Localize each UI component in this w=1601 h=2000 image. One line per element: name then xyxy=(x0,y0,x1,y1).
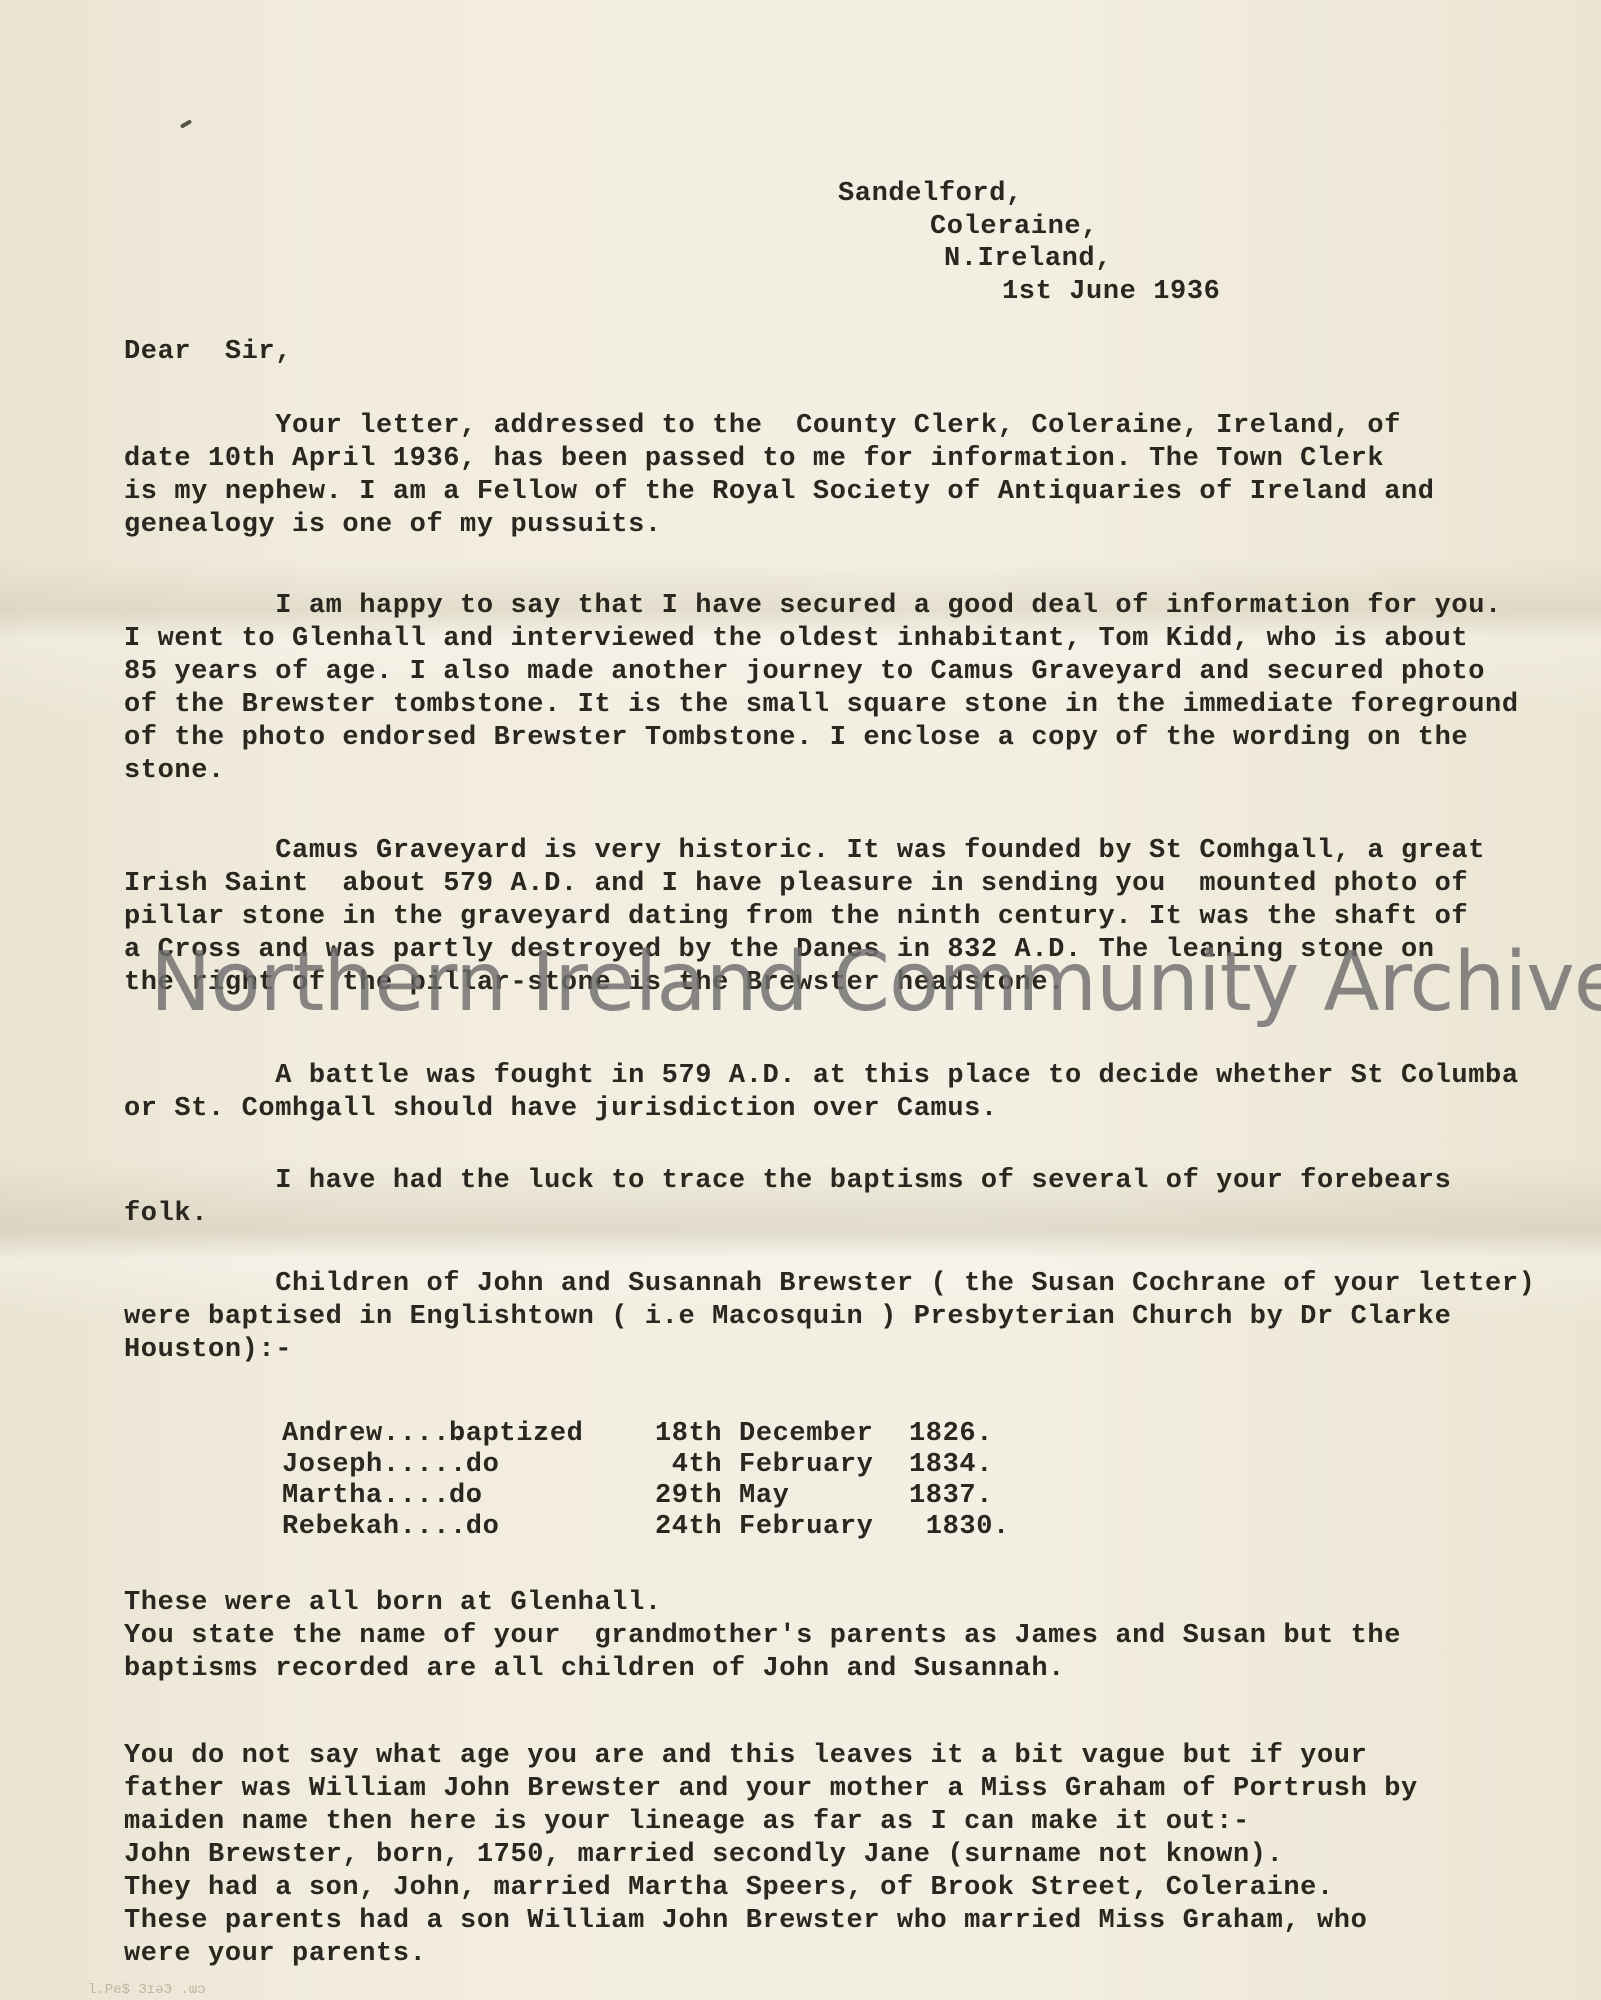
baptism-event: do xyxy=(449,1449,499,1482)
baptism-event: baptized xyxy=(449,1418,583,1451)
watermark: Northern Ireland Community Archive xyxy=(150,935,1601,1030)
address-line-3: N.Ireland, xyxy=(944,243,1112,276)
p8-line: You do not say what age you are and this… xyxy=(124,1740,1367,1773)
baptism-name: Rebekah.... xyxy=(282,1511,467,1544)
p4-line: or St. Comhgall should have jurisdiction… xyxy=(124,1093,998,1126)
p3-line: Camus Graveyard is very historic. It was… xyxy=(124,835,1485,868)
baptism-name: Andrew..... xyxy=(282,1418,467,1451)
p5-line: I have had the luck to trace the baptism… xyxy=(124,1165,1451,1198)
p4-line: A battle was fought in 579 A.D. at this … xyxy=(124,1060,1519,1093)
p1-line: date 10th April 1936, has been passed to… xyxy=(124,443,1384,476)
baptism-year: 1830. xyxy=(909,1511,1010,1544)
baptism-event: do xyxy=(449,1511,499,1544)
p2-line: 85 years of age. I also made another jou… xyxy=(124,656,1485,689)
letter-date: 1st June 1936 xyxy=(1002,276,1220,309)
p1-line: Your letter, addressed to the County Cle… xyxy=(124,410,1401,443)
p3-line: Irish Saint about 579 A.D. and I have pl… xyxy=(124,868,1468,901)
p2-line: of the photo endorsed Brewster Tombstone… xyxy=(124,722,1468,755)
p5-line: folk. xyxy=(124,1198,208,1231)
baptism-year: 1834. xyxy=(909,1449,993,1482)
p6-line: were baptised in Englishtown ( i.e Macos… xyxy=(124,1301,1451,1334)
baptism-event: do xyxy=(449,1480,483,1513)
p8-line: maiden name then here is your lineage as… xyxy=(124,1806,1250,1839)
p6-line: Houston):- xyxy=(124,1334,292,1367)
p7-line: You state the name of your grandmother's… xyxy=(124,1620,1401,1653)
baptism-date: 24th February xyxy=(655,1511,873,1544)
p8-line: John Brewster, born, 1750, married secon… xyxy=(124,1839,1283,1872)
p8-line: These parents had a son William John Bre… xyxy=(124,1905,1367,1938)
baptism-date: 29th May xyxy=(655,1480,789,1513)
p1-line: is my nephew. I am a Fellow of the Royal… xyxy=(124,476,1435,509)
pen-mark xyxy=(180,119,192,128)
p2-line: I went to Glenhall and interviewed the o… xyxy=(124,623,1468,656)
p6-line: Children of John and Susannah Brewster (… xyxy=(124,1268,1535,1301)
p7-line: baptisms recorded are all children of Jo… xyxy=(124,1653,1065,1686)
salutation: Dear Sir, xyxy=(124,336,292,369)
p1-line: genealogy is one of my pussuits. xyxy=(124,509,662,542)
p8-line: They had a son, John, married Martha Spe… xyxy=(124,1872,1334,1905)
p2-line: of the Brewster tombstone. It is the sma… xyxy=(124,689,1519,722)
p8-line: were your parents. xyxy=(124,1938,426,1971)
baptism-name: Joseph..... xyxy=(282,1449,467,1482)
address-line-2: Coleraine, xyxy=(930,211,1098,244)
baptism-date: 4th February xyxy=(655,1449,873,1482)
archive-stamp: l.Pe$ ЗɪǝЭ .ɯɔ xyxy=(88,1982,206,1998)
baptism-year: 1837. xyxy=(909,1480,993,1513)
address-line-1: Sandelford, xyxy=(838,178,1023,211)
p2-line: I am happy to say that I have secured a … xyxy=(124,590,1502,623)
p8-line: father was William John Brewster and you… xyxy=(124,1773,1418,1806)
p2-line: stone. xyxy=(124,755,225,788)
baptism-year: 1826. xyxy=(909,1418,993,1451)
p7-line: These were all born at Glenhall. xyxy=(124,1587,662,1620)
baptism-date: 18th December xyxy=(655,1418,873,1451)
p3-line: pillar stone in the graveyard dating fro… xyxy=(124,901,1468,934)
scanned-letter-page: Sandelford, Coleraine, N.Ireland, 1st Ju… xyxy=(0,0,1601,2000)
